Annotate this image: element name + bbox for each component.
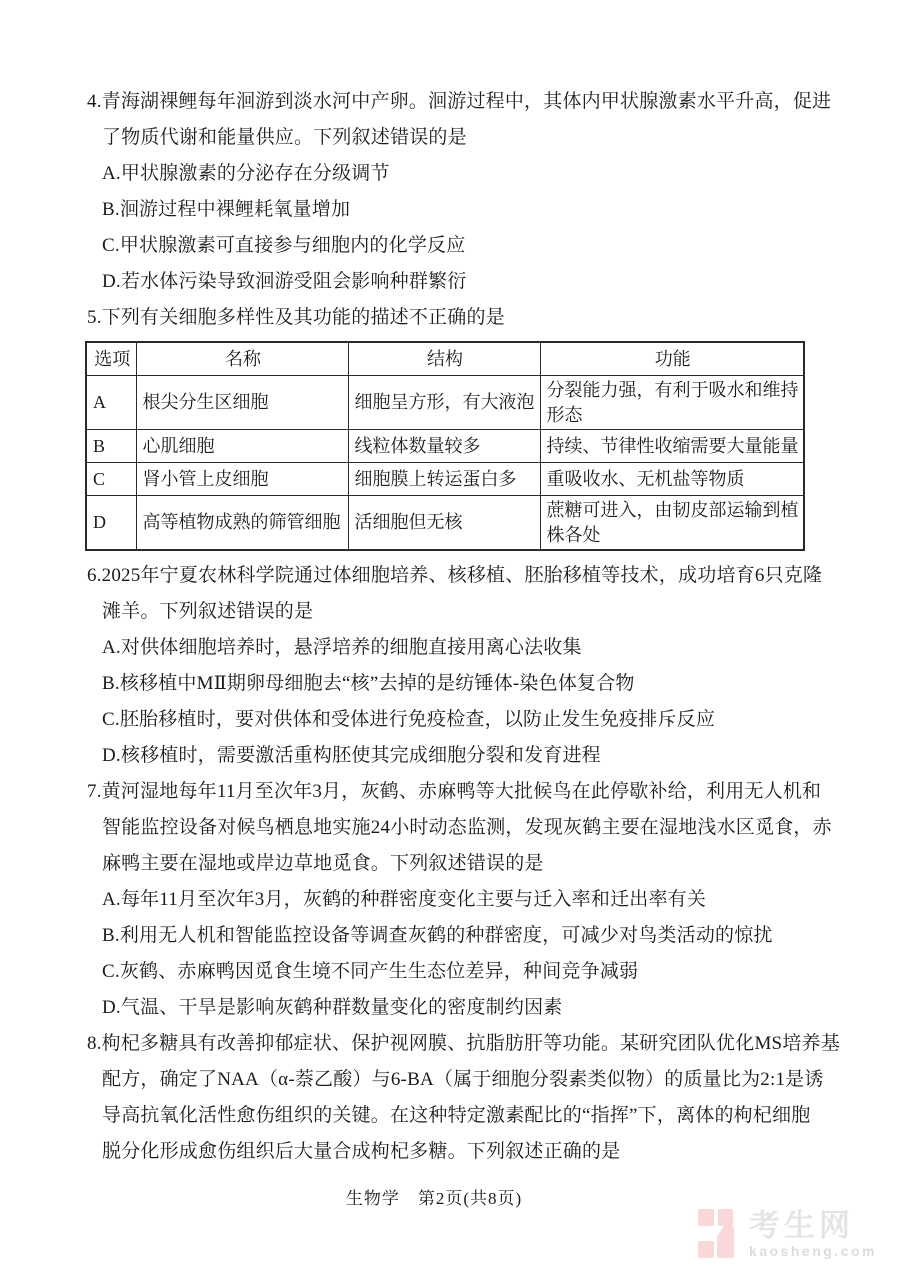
q5-cell-structure: 细胞膜上转运蛋白多 [348, 463, 540, 496]
q8-stem-line-1: 8.枸杞多糖具有改善抑郁症状、保护视网膜、抗脂肪肝等功能。某研究团队优化MS培养… [102, 1026, 830, 1062]
q6-stem-line-1: 6.2025年宁夏农林科学院通过体细胞培养、核移植、胚胎移植等技术，成功培育6只… [102, 558, 830, 594]
q5-stem: 5.下列有关细胞多样性及其功能的描述不正确的是 [102, 300, 830, 336]
q5-header-option: 选项 [86, 342, 136, 376]
q8-stem-line-4: 脱分化形成愈伤组织后大量合成枸杞多糖。下列叙述正确的是 [102, 1134, 830, 1170]
q4-stem-line-1: 4.青海湖裸鲤每年洄游到淡水河中产卵。洄游过程中，其体内甲状腺激素水平升高，促进 [102, 84, 830, 120]
q8-stem-line-2: 配方，确定了NAA（α-萘乙酸）与6-BA（属于细胞分裂素类似物）的质量比为2:… [102, 1062, 830, 1098]
q5-cell-function: 持续、节律性收缩需要大量能量 [540, 430, 804, 463]
q5-cell-function: 重吸收水、无机盐等物质 [540, 463, 804, 496]
page-footer: 生物学 第2页(共8页) [0, 1184, 884, 1209]
question-6: 6.2025年宁夏农林科学院通过体细胞培养、核移植、胚胎移植等技术，成功培育6只… [102, 558, 830, 774]
q5-header-function: 功能 [540, 342, 804, 376]
q7-option-c: C.灰鹤、赤麻鸭因觅食生境不同产生生态位差异，种间竞争减弱 [102, 954, 830, 990]
q5-table: 选项 名称 结构 功能 A 根尖分生区细胞 细胞呈方形，有大液泡 分裂能力强，有… [85, 341, 805, 551]
q5-table-row-a: A 根尖分生区细胞 细胞呈方形，有大液泡 分裂能力强，有利于吸水和维持形态 [86, 376, 804, 430]
question-5: 5.下列有关细胞多样性及其功能的描述不正确的是 选项 名称 结构 功能 A [102, 300, 830, 551]
q5-table-row-d: D 高等植物成熟的筛管细胞 活细胞但无核 蔗糖可进入，由韧皮部运输到植株各处 [86, 496, 804, 551]
q7-option-d: D.气温、干旱是影响灰鹤种群数量变化的密度制约因素 [102, 990, 830, 1026]
q4-stem-line-2: 了物质代谢和能量供应。下列叙述错误的是 [102, 120, 830, 156]
q5-table-row-b: B 心肌细胞 线粒体数量较多 持续、节律性收缩需要大量能量 [86, 430, 804, 463]
kaosheng-watermark: 考生网 kaosheng.com [698, 1209, 877, 1259]
q8-stem-line-3: 导高抗氧化活性愈伤组织的关键。在这种特定激素配比的“指挥”下，离体的枸杞细胞 [102, 1098, 830, 1134]
q5-cell-option: C [86, 463, 136, 496]
q6-option-a: A.对供体细胞培养时，悬浮培养的细胞直接用离心法收集 [102, 630, 830, 666]
q7-option-b: B.利用无人机和智能监控设备等调查灰鹤的种群密度，可减少对鸟类活动的惊扰 [102, 918, 830, 954]
q4-option-b: B.洄游过程中裸鲤耗氧量增加 [102, 192, 830, 228]
q5-cell-structure: 线粒体数量较多 [348, 430, 540, 463]
q5-cell-function: 蔗糖可进入，由韧皮部运输到植株各处 [540, 496, 804, 551]
exam-content: 4.青海湖裸鲤每年洄游到淡水河中产卵。洄游过程中，其体内甲状腺激素水平升高，促进… [102, 84, 830, 1170]
exam-page: 4.青海湖裸鲤每年洄游到淡水河中产卵。洄游过程中，其体内甲状腺激素水平升高，促进… [0, 0, 900, 1273]
q6-stem-line-2: 滩羊。下列叙述错误的是 [102, 594, 830, 630]
q7-stem-line-1: 7.黄河湿地每年11月至次年3月，灰鹤、赤麻鸭等大批候鸟在此停歇补给，利用无人机… [102, 774, 830, 810]
q5-cell-name: 高等植物成熟的筛管细胞 [136, 496, 348, 551]
q7-stem-line-3: 麻鸭主要在湿地或岸边草地觅食。下列叙述错误的是 [102, 846, 830, 882]
q5-table-header-row: 选项 名称 结构 功能 [86, 342, 804, 376]
watermark-text: 考生网 kaosheng.com [749, 1209, 877, 1259]
q5-cell-name: 根尖分生区细胞 [136, 376, 348, 430]
q6-option-b: B.核移植中MⅡ期卵母细胞去“核”去掉的是纺锤体-染色体复合物 [102, 666, 830, 702]
q4-option-a: A.甲状腺激素的分泌存在分级调节 [102, 156, 830, 192]
q5-cell-name: 肾小管上皮细胞 [136, 463, 348, 496]
q5-cell-name: 心肌细胞 [136, 430, 348, 463]
q5-cell-option: A [86, 376, 136, 430]
q5-cell-function: 分裂能力强，有利于吸水和维持形态 [540, 376, 804, 430]
question-4: 4.青海湖裸鲤每年洄游到淡水河中产卵。洄游过程中，其体内甲状腺激素水平升高，促进… [102, 84, 830, 300]
q7-option-a: A.每年11月至次年3月，灰鹤的种群密度变化主要与迁入率和迁出率有关 [102, 882, 830, 918]
kaosheng-logo-icon [698, 1209, 736, 1259]
q5-cell-structure: 细胞呈方形，有大液泡 [348, 376, 540, 430]
q5-cell-structure: 活细胞但无核 [348, 496, 540, 551]
watermark-site-domain: kaosheng.com [749, 1243, 877, 1259]
q5-header-name: 名称 [136, 342, 348, 376]
question-7: 7.黄河湿地每年11月至次年3月，灰鹤、赤麻鸭等大批候鸟在此停歇补给，利用无人机… [102, 774, 830, 1026]
q5-cell-option: B [86, 430, 136, 463]
q5-table-row-c: C 肾小管上皮细胞 细胞膜上转运蛋白多 重吸收水、无机盐等物质 [86, 463, 804, 496]
q4-option-d: D.若水体污染导致洄游受阻会影响种群繁衍 [102, 264, 830, 300]
question-8: 8.枸杞多糖具有改善抑郁症状、保护视网膜、抗脂肪肝等功能。某研究团队优化MS培养… [102, 1026, 830, 1170]
q6-option-d: D.核移植时，需要激活重构胚使其完成细胞分裂和发育进程 [102, 738, 830, 774]
q7-stem-line-2: 智能监控设备对候鸟栖息地实施24小时动态监测，发现灰鹤主要在湿地浅水区觅食，赤 [102, 810, 830, 846]
q5-header-structure: 结构 [348, 342, 540, 376]
q4-option-c: C.甲状腺激素可直接参与细胞内的化学反应 [102, 228, 830, 264]
q6-option-c: C.胚胎移植时，要对供体和受体进行免疫检查，以防止发生免疫排斥反应 [102, 702, 830, 738]
watermark-site-name: 考生网 [749, 1209, 877, 1242]
q5-cell-option: D [86, 496, 136, 551]
